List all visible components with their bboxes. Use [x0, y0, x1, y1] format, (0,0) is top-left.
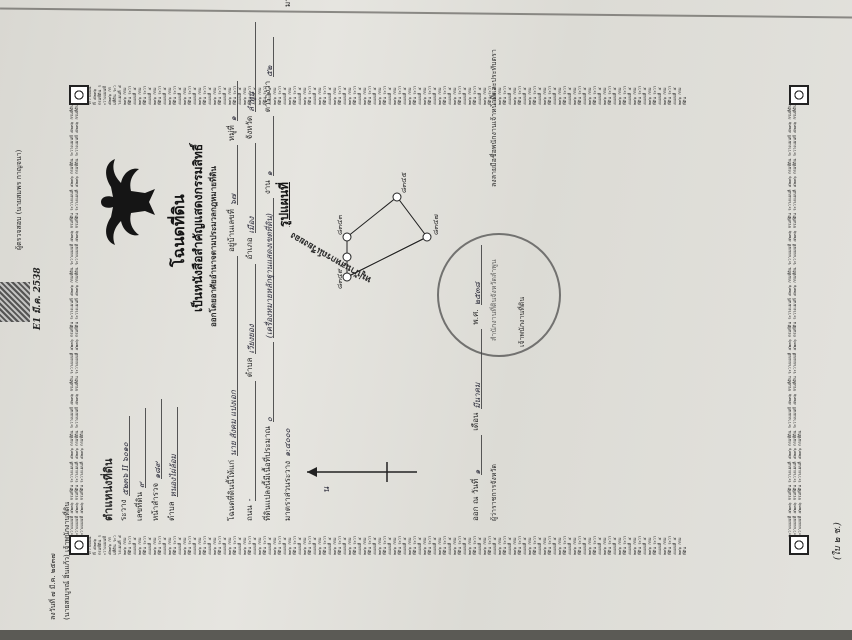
address-line: ถนน - ตำบล เวียงยอง อำเภอ เมือง จังหวัด … — [243, 22, 256, 521]
corner-ornament-icon — [69, 85, 89, 105]
land-title-sheet: ระวางแผนที่ ๕๒๓๖ กรมที่ดิน ระวางแผนที่ ๕… — [69, 85, 809, 555]
outside-note-date: ลงวันที่ ๗ มี.ค. ๒๕๓๗ — [48, 553, 59, 620]
field-survey-page: หน้าสำรวจ๑๘๙ — [149, 399, 162, 521]
scale-left: มาตราส่วนระวาง๑:๔๐๐๐ — [281, 428, 294, 521]
outside-note-checker: ผู้ตรวจสอบ (นายสมพร กาญจนา) — [14, 150, 25, 250]
stake-label: ๘๓๔๗ — [431, 214, 442, 235]
garuda-emblem-icon — [93, 157, 163, 247]
stake-label: ๘๓๔๓ — [335, 215, 346, 235]
north-label: น — [319, 487, 333, 493]
outside-stamp-date: E1 มี.ค. 2538 — [30, 267, 44, 330]
document-authority: ออกโดยอาศัยอำนาจตามประมวลกฎหมายที่ดิน — [207, 166, 220, 327]
border-band-top: ระวางแผนที่ ๕๒๓๖ กรมที่ดิน ระวางแผนที่ ๕… — [69, 103, 91, 537]
land-location-label: ตำแหน่งที่ดิน — [99, 459, 117, 521]
owner-line: โฉนดที่ดินนี้ให้แก่ นาย สังคม แปงเอก อยู… — [225, 81, 238, 521]
border-band-bottom: ระวางแผนที่ ๕๒๓๖ กรมที่ดิน ระวางแผนที่ ๕… — [787, 103, 809, 537]
official-line: ผู้ว่าราชการจังหวัด — [489, 464, 500, 521]
seal-text: สำนักงานที่ดินจังหวัดลำพูน — [489, 259, 500, 341]
plot-diagram: หมู่บ้านสหกรณ์เวียงยอง ๘๓๔๙ ๘๓๔๓ ๘๓๔๕ ๘๓… — [307, 147, 457, 307]
official-seal: สำนักงานที่ดินจังหวัดลำพูน — [437, 233, 561, 357]
map-section-title: รูปแผนที่ — [275, 182, 294, 227]
owner-name: นาย สังคม แปงเอก — [227, 256, 238, 456]
page-note: (ใบ ๒ ช.) — [830, 522, 844, 560]
corner-ornament-icon — [789, 535, 809, 555]
table-edge — [0, 630, 852, 640]
stake-label: ๘๓๔๙ — [335, 268, 346, 289]
area-line: ที่ดินแปลงนี้มีเนื้อที่ประมาณ ๐ (เครื่อง… — [261, 37, 274, 521]
corner-ornament-icon — [69, 535, 89, 555]
field-land-number: เลขที่ดิน๙ — [133, 408, 146, 521]
north-arrow-icon — [307, 457, 427, 487]
border-band-left: ระวางแผนที่ ๕๒๓๖ กรมที่ดิน ระวางแผนที่ ๕… — [87, 535, 791, 555]
registrar-line: ลงลายมือชื่อพนักงานเจ้าหน้าที่และประทับต… — [489, 49, 500, 187]
document-body: ตำแหน่งที่ดิน ระวาง๕๒๓๖ II ๖๐๑๐ เลขที่ดิ… — [97, 113, 781, 527]
document-subtitle: เป็นหนังสือสำคัญแสดงกรรมสิทธิ์ — [189, 144, 208, 312]
border-band-right: ระวางแผนที่ ๕๒๓๖ กรมที่ดิน ระวางแผนที่ ๕… — [87, 85, 791, 105]
field-rawang: ระวาง๕๒๓๖ II ๖๐๑๐ — [117, 416, 130, 521]
field-tambon: ตำบลหนองไผ่ล้อม — [165, 407, 178, 521]
signature-label: เจ้าพนักงานที่ดิน — [517, 297, 528, 347]
paper-fold-line — [0, 8, 852, 19]
photographed-document: ผู้ตรวจสอบ (นายสมพร กาญจนา) E1 มี.ค. 253… — [0, 0, 852, 640]
stake-label: ๘๓๔๕ — [399, 172, 410, 193]
stamp-hatch — [0, 282, 30, 322]
scale-right: มาตราส่วน๑:๔๐๐๐ — [281, 0, 294, 7]
corner-ornament-icon — [789, 85, 809, 105]
